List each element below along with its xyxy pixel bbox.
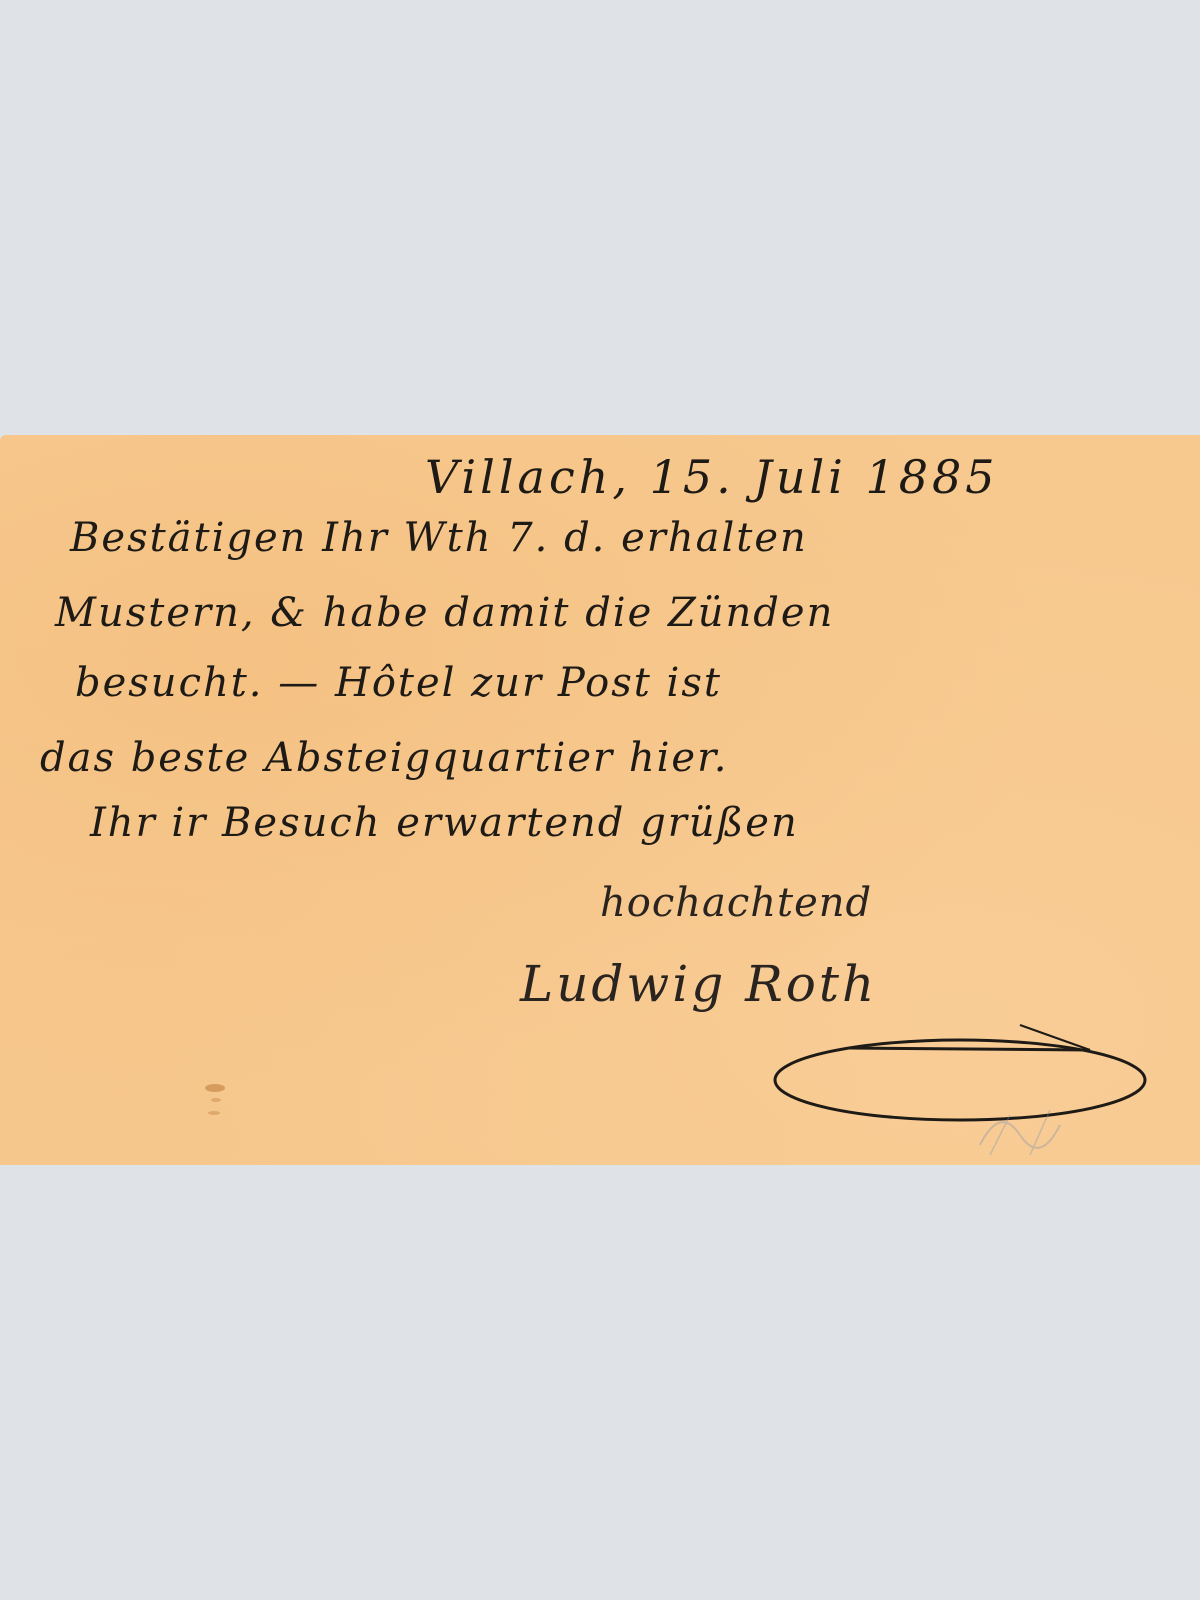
postcard: Villach, 15. Juli 1885 Bestätigen Ihr Wt… xyxy=(0,435,1200,1165)
body-line-1: Bestätigen Ihr Wth 7. d. erhalten xyxy=(70,515,808,561)
body-line-4: das beste Absteigquartier hier. xyxy=(40,735,729,781)
ink-stain-icon xyxy=(200,1080,230,1120)
date-line: Villach, 15. Juli 1885 xyxy=(425,450,999,504)
signature: Ludwig Roth xyxy=(520,955,877,1013)
body-line-3: besucht. — Hôtel zur Post ist xyxy=(75,660,722,706)
closing-phrase: hochachtend xyxy=(600,880,872,926)
body-line-2: Mustern, & habe damit die Zünden xyxy=(55,590,834,636)
body-line-5: Ihr ir Besuch erwartend grüßen xyxy=(90,800,799,846)
page-background: Villach, 15. Juli 1885 Bestätigen Ihr Wt… xyxy=(0,0,1200,1600)
faded-postmark-icon xyxy=(960,1085,1090,1165)
